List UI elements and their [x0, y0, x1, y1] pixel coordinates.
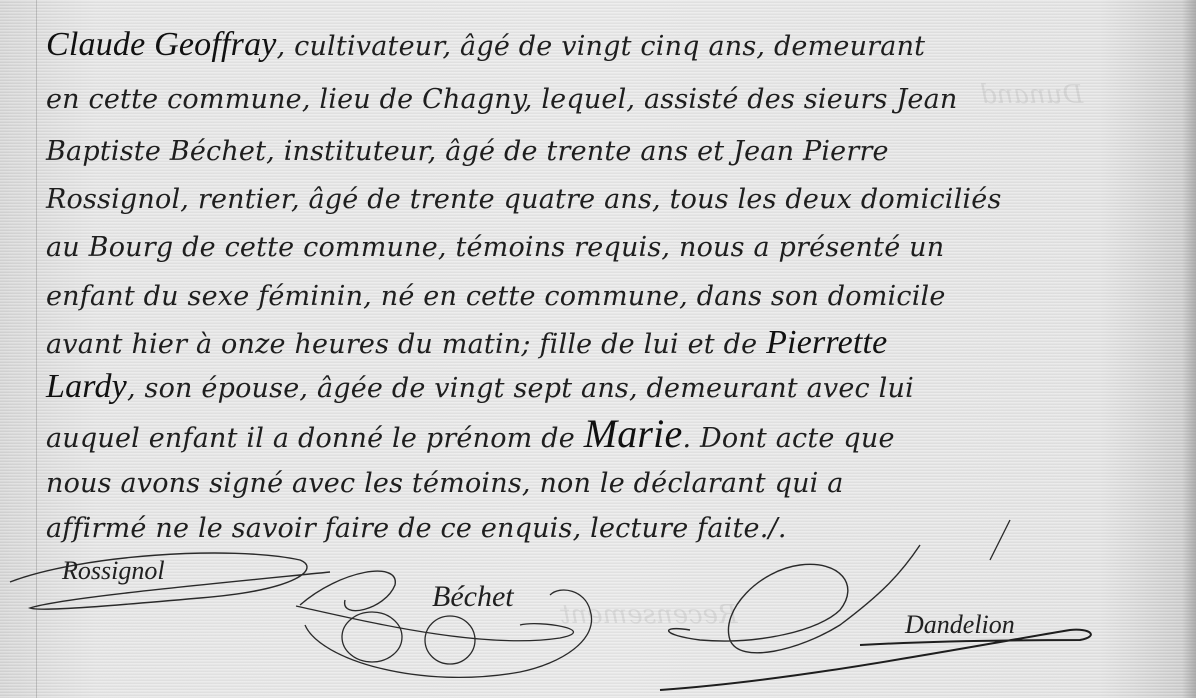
- document-page: Dunand Recensement Claude Geoffray, cult…: [0, 0, 1196, 698]
- page-edge-shadow: [1182, 0, 1196, 698]
- mother-first-name: Pierrette: [766, 324, 887, 361]
- bleed-through-text: Dunand: [980, 80, 1083, 110]
- record-line-6: enfant du sexe féminin, né en cette comm…: [46, 283, 946, 310]
- record-line-4: Rossignol, rentier, âgé de trente quatre…: [46, 186, 1002, 213]
- record-line-11: affirmé ne le savoir faire de ce enquis,…: [46, 515, 787, 542]
- father-name: Claude Geoffray: [46, 26, 277, 63]
- mother-surname: Lardy: [46, 368, 127, 405]
- record-line-9: auquel enfant il a donné le prénom de Ma…: [46, 414, 895, 454]
- record-line-2: en cette commune, lieu de Chagny, lequel…: [46, 86, 958, 113]
- child-name: Marie: [584, 411, 683, 456]
- record-line-3: Baptiste Béchet, instituteur, âgé de tre…: [46, 138, 889, 165]
- signature-dandelion: Dandelion: [905, 610, 1015, 640]
- signature-bechet: Béchet: [432, 580, 514, 614]
- signature-rossignol: Rossignol: [62, 556, 165, 586]
- record-line-7: avant hier à onze heures du matin; fille…: [46, 326, 887, 360]
- record-line-10: nous avons signé avec les témoins, non l…: [46, 470, 844, 497]
- record-line-8: Lardy, son épouse, âgée de vingt sept an…: [46, 370, 914, 404]
- record-line-5: au Bourg de cette commune, témoins requi…: [46, 234, 944, 261]
- record-line-1: Claude Geoffray, cultivateur, âgé de vin…: [46, 28, 925, 62]
- bleed-through-text: Recensement: [560, 600, 738, 630]
- margin-rule: [36, 0, 37, 698]
